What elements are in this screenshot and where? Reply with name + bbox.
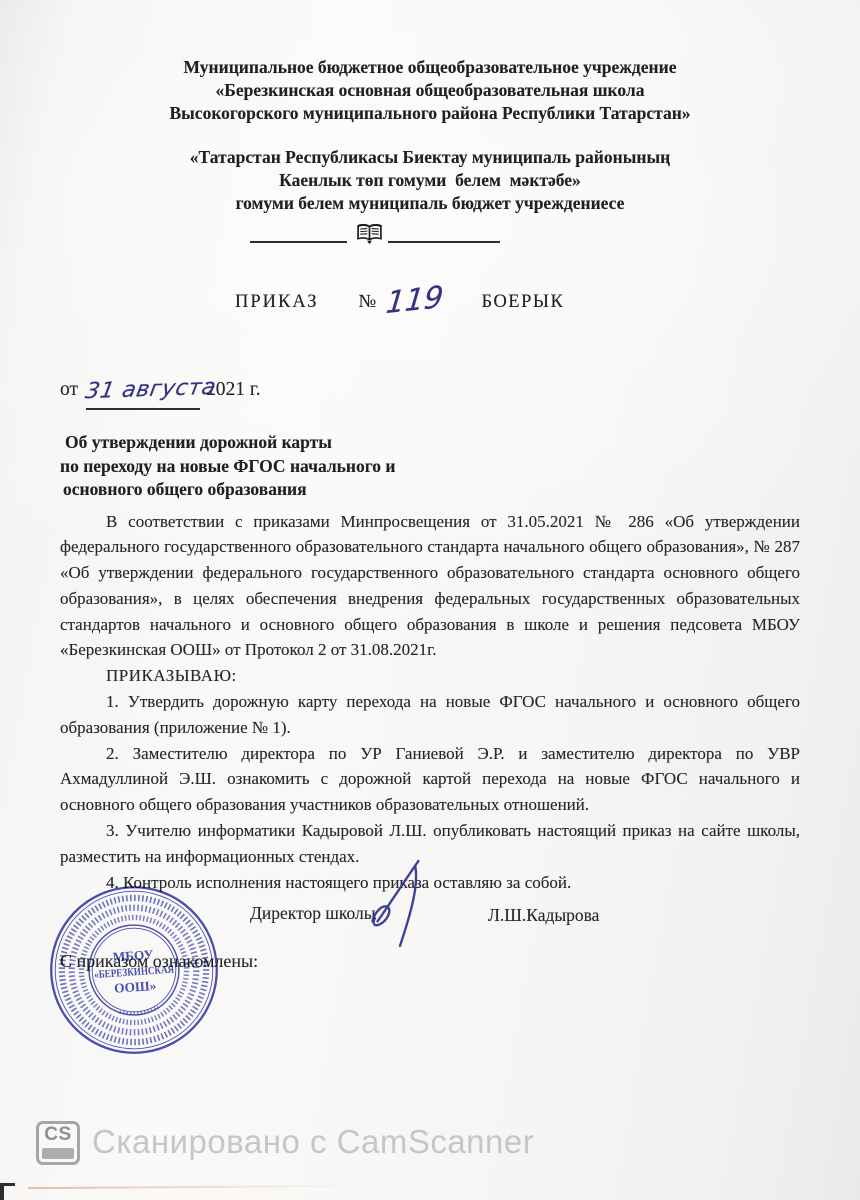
order-number-sign: № [359, 292, 377, 313]
intro-paragraph: В соответствии с приказами Минпросвещени… [60, 509, 800, 664]
stamp-center-line2: «БЕРЕЗКИНСКАЯ [94, 964, 175, 982]
order-item-1: 1. Утвердить дорожную карту перехода на … [60, 689, 800, 741]
org-name-tat-line1: «Татарстан Республикасы Биектау муниципа… [60, 146, 800, 169]
scan-corner-mark [0, 1183, 15, 1200]
org-name-ru-line1: Муниципальное бюджетное общеобразователь… [60, 56, 800, 79]
subject-line2: по переходу на новые ФГОС начального и [60, 455, 800, 479]
date-handwritten: 31 августа [83, 375, 218, 405]
order-subject: Об утверждении дорожной карты по переход… [60, 431, 800, 502]
org-name-ru-line3: Высокогорского муниципального района Рес… [60, 102, 800, 125]
subject-line1: Об утверждении дорожной карты [60, 431, 800, 455]
camscanner-logo: CS [36, 1121, 80, 1165]
subject-line3: основного общего образования [60, 478, 800, 502]
signature-role-label: Директор школы [250, 903, 375, 924]
separator-line-right [388, 241, 500, 243]
org-header: Муниципальное бюджетное общеобразователь… [60, 56, 800, 215]
director-signature [363, 858, 437, 952]
org-name-ru-line2: «Березкинская основная общеобразовательн… [60, 79, 800, 102]
stamp-center-line1: МБОУ [112, 947, 154, 965]
order-body: В соответствии с приказами Минпросвещени… [60, 509, 800, 896]
school-stamp: МБОУ «БЕРЕЗКИНСКАЯ ООШ» [45, 880, 223, 1060]
camscanner-watermark-text: Сканировано с CamScanner [92, 1123, 534, 1161]
camscanner-logo-bar [42, 1148, 74, 1159]
order-label-tat: БОЕРЫК [481, 292, 564, 313]
scan-edge-artifact [28, 1185, 368, 1189]
date-line: от31 августа2021 г. [60, 376, 800, 416]
separator-line-left [250, 241, 347, 243]
scanned-order-document: Муниципальное бюджетное общеобразователь… [0, 0, 860, 1200]
date-prefix: от [60, 379, 78, 400]
order-number-handwritten: 119 [384, 280, 445, 322]
camscanner-logo-letters: CS [39, 1124, 77, 1146]
order-title-line: ПРИКАЗ № 119 БОЕРЫК [60, 280, 800, 322]
signature-name: Л.Ш.Кадырова [488, 905, 599, 926]
stamp-center-line3: ООШ» [114, 978, 157, 996]
header-separator [250, 220, 800, 246]
date-underline: 31 августа [86, 376, 200, 410]
open-book-icon [356, 223, 383, 245]
document-content: Муниципальное бюджетное общеобразователь… [0, 0, 860, 895]
order-item-2: 2. Заместителю директора по УР Ганиевой … [60, 741, 800, 818]
org-name-tat-line3: гомуми белем муниципаль бюджет учреждени… [60, 192, 800, 215]
order-label-ru: ПРИКАЗ [235, 292, 319, 313]
directive-label: ПРИКАЗЫВАЮ: [60, 663, 800, 689]
org-name-tat-line2: Каенлык төп гомуми белем мәктәбе» [60, 169, 800, 192]
